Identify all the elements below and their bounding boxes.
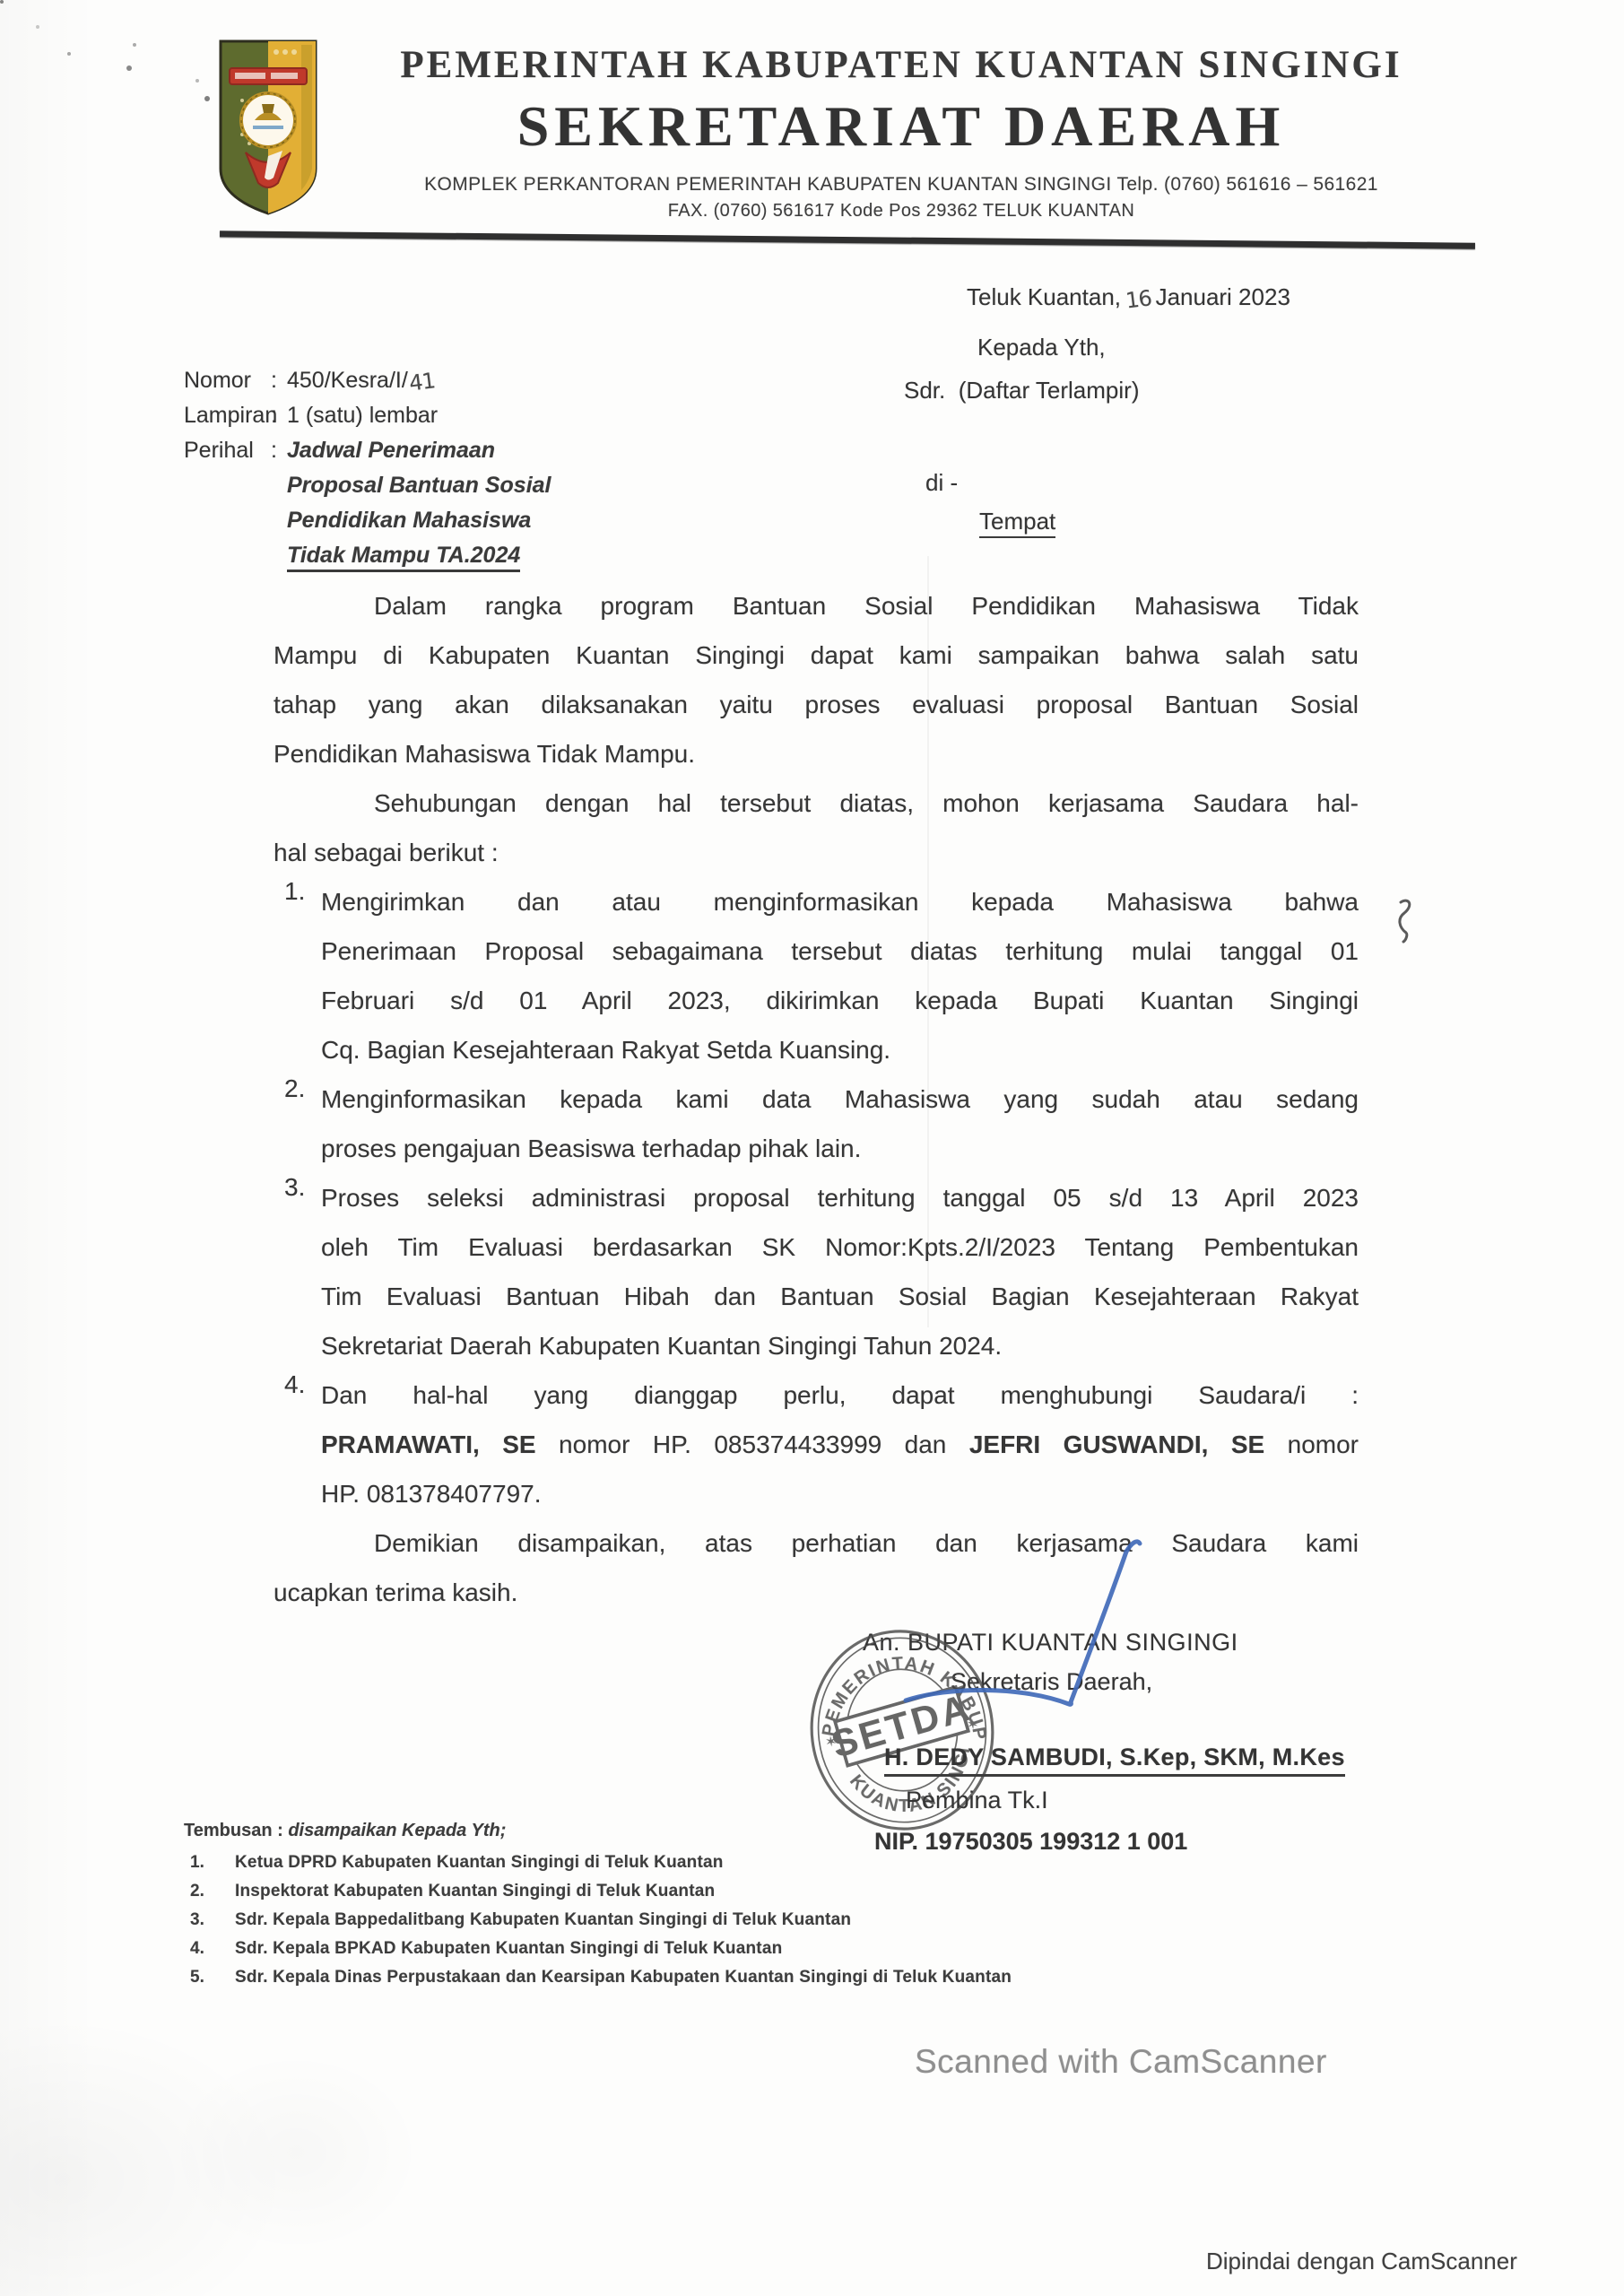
body-line: HP. 081378407797. bbox=[321, 1469, 1359, 1518]
handwritten-day: 16 bbox=[1125, 285, 1153, 313]
tembusan-item: Ketua DPRD Kabupaten Kuantan Singingi di… bbox=[235, 1853, 724, 1873]
signatory-nip: NIP. 19750305 199312 1 001 bbox=[874, 1828, 1187, 1856]
letterhead-office-name: SEKRETARIAT DAERAH bbox=[341, 93, 1462, 160]
letterhead-government-name: PEMERINTAH KABUPATEN KUANTAN SINGINGI bbox=[341, 43, 1462, 87]
lampiran-value: 1 (satu) lembar bbox=[287, 403, 438, 429]
list-item-3: 3. Proses seleksi administrasi proposal … bbox=[274, 1173, 1359, 1370]
body-line: Pendidikan Mahasiswa Tidak Mampu. bbox=[274, 729, 1359, 778]
perihal-label: Perihal bbox=[184, 438, 254, 464]
tembusan-item: Inspektorat Kabupaten Kuantan Singingi d… bbox=[235, 1882, 715, 1901]
contact-phone-1: nomor HP. 085374433999 dan bbox=[536, 1431, 969, 1458]
body-line: Proses seleksi administrasi proposal ter… bbox=[321, 1173, 1359, 1222]
body-line: tahap yang akan dilaksanakan yaitu prose… bbox=[274, 680, 1359, 729]
letterhead-address: KOMPLEK PERKANTORAN PEMERINTAH KABUPATEN… bbox=[296, 174, 1507, 196]
sdr-value: (Daftar Terlampir) bbox=[959, 377, 1140, 404]
body-line: hal sebagai berikut : bbox=[274, 828, 1359, 877]
recipient-di: di - bbox=[925, 469, 958, 497]
body-line: Februari s/d 01 April 2023, dikirimkan k… bbox=[321, 976, 1359, 1025]
tembusan-number: 5. bbox=[190, 1968, 204, 1987]
body-line: Mengirimkan dan atau menginformasikan ke… bbox=[321, 877, 1359, 926]
tembusan-item: Sdr. Kepala BPKAD Kabupaten Kuantan Sing… bbox=[235, 1939, 782, 1959]
list-item-1: 1. Mengirimkan dan atau menginformasikan… bbox=[274, 877, 1359, 1074]
handwritten-margin-mark bbox=[1392, 897, 1419, 947]
contact-name-1: PRAMAWATI, SE bbox=[321, 1431, 536, 1458]
letter-body: Dalam rangka program Bantuan Sosial Pend… bbox=[274, 581, 1359, 1617]
nomor-value-typed: 450/Kesra/I/ bbox=[287, 368, 408, 393]
body-line: oleh Tim Evaluasi berdasarkan SK Nomor:K… bbox=[321, 1222, 1359, 1272]
list-item-4: 4. Dan hal-hal yang dianggap perlu, dapa… bbox=[274, 1370, 1359, 1518]
body-line: Sehubungan dengan hal tersebut diatas, m… bbox=[274, 778, 1359, 828]
letter-date: Teluk Kuantan,16Januari 2023 bbox=[967, 283, 1290, 311]
recipient-line: Sdr. (Daftar Terlampir) bbox=[904, 377, 1139, 404]
signatory-rank: Pembina Tk.I bbox=[906, 1787, 1048, 1814]
body-line: Sekretariat Daerah Kabupaten Kuantan Sin… bbox=[321, 1321, 1359, 1370]
tembusan-number: 4. bbox=[190, 1939, 204, 1959]
nomor-colon: : bbox=[271, 368, 277, 394]
body-line: Menginformasikan kepada kami data Mahasi… bbox=[321, 1074, 1359, 1124]
ink-specks bbox=[0, 0, 4, 4]
date-month-year: Januari 2023 bbox=[1156, 283, 1290, 310]
scanned-letter-page: PEMERINTAH KABUPATEN KUANTAN SINGINGI SE… bbox=[0, 0, 1624, 2296]
tembusan-heading-italic: disampaikan Kepada Yth; bbox=[288, 1821, 506, 1840]
body-line: proses pengajuan Beasiswa terhadap pihak… bbox=[321, 1124, 1359, 1173]
list-number: 3. bbox=[284, 1173, 305, 1202]
nomor-label: Nomor bbox=[184, 368, 251, 394]
camscanner-footer-label: Dipindai dengan CamScanner bbox=[1206, 2248, 1517, 2275]
perihal-line-3: Pendidikan Mahasiswa bbox=[287, 508, 531, 534]
perihal-line-2: Proposal Bantuan Sosial bbox=[287, 473, 551, 499]
nomor-value-handwritten: 41 bbox=[407, 368, 436, 396]
body-line: Cq. Bagian Kesejahteraan Rakyat Setda Ku… bbox=[321, 1025, 1359, 1074]
body-line-contacts: PRAMAWATI, SE nomor HP. 085374433999 dan… bbox=[321, 1420, 1359, 1469]
signature-ink bbox=[843, 1525, 1184, 1740]
body-line: Mampu di Kabupaten Kuantan Singingi dapa… bbox=[274, 631, 1359, 680]
body-line: Demikian disampaikan, atas perhatian dan… bbox=[274, 1518, 1359, 1568]
tembusan-number: 3. bbox=[190, 1910, 204, 1930]
contact-tail: nomor bbox=[1264, 1431, 1359, 1458]
perihal-line-1: Jadwal Penerimaan bbox=[287, 438, 495, 464]
sdr-label: Sdr. bbox=[904, 377, 945, 404]
list-number: 1. bbox=[284, 877, 305, 906]
body-line: Dan hal-hal yang dianggap perlu, dapat m… bbox=[321, 1370, 1359, 1420]
body-line: Tim Evaluasi Bantuan Hibah dan Bantuan S… bbox=[321, 1272, 1359, 1321]
list-item-2: 2. Menginformasikan kepada kami data Mah… bbox=[274, 1074, 1359, 1173]
contact-name-2: JEFRI GUSWANDI, SE bbox=[969, 1431, 1264, 1458]
nomor-value: 450/Kesra/I/41 bbox=[287, 368, 435, 394]
recipient-tempat: Tempat bbox=[979, 508, 1055, 538]
tembusan-label: Tembusan : bbox=[184, 1821, 283, 1840]
body-line: Penerimaan Proposal sebagaimana tersebut… bbox=[321, 926, 1359, 976]
camscanner-watermark: Scanned with CamScanner bbox=[915, 2043, 1327, 2081]
body-line: ucapkan terima kasih. bbox=[274, 1568, 1359, 1617]
tembusan-item: Sdr. Kepala Dinas Perpustakaan dan Kears… bbox=[235, 1968, 1012, 1987]
lampiran-label: Lampiran bbox=[184, 403, 277, 429]
letterhead-divider-rule bbox=[220, 230, 1475, 248]
date-city: Teluk Kuantan, bbox=[967, 283, 1121, 310]
tembusan-heading: Tembusan : disampaikan Kepada Yth; bbox=[184, 1821, 506, 1841]
perihal-line-4: Tidak Mampu TA.2024 bbox=[287, 543, 520, 572]
list-number: 2. bbox=[284, 1074, 305, 1103]
body-line: Dalam rangka program Bantuan Sosial Pend… bbox=[274, 581, 1359, 631]
tembusan-item: Sdr. Kepala Bappedalitbang Kabupaten Kua… bbox=[235, 1910, 851, 1930]
perihal-colon: : bbox=[271, 438, 277, 464]
list-number: 4. bbox=[284, 1370, 305, 1399]
letterhead-fax-line: FAX. (0760) 561617 Kode Pos 29362 TELUK … bbox=[296, 201, 1507, 222]
lampiran-colon: : bbox=[271, 403, 277, 429]
tembusan-number: 2. bbox=[190, 1882, 204, 1901]
recipient-salutation: Kepada Yth, bbox=[977, 334, 1106, 361]
tembusan-number: 1. bbox=[190, 1853, 204, 1873]
signatory-name: H. DEDY SAMBUDI, S.Kep, SKM, M.Kes bbox=[884, 1744, 1345, 1777]
